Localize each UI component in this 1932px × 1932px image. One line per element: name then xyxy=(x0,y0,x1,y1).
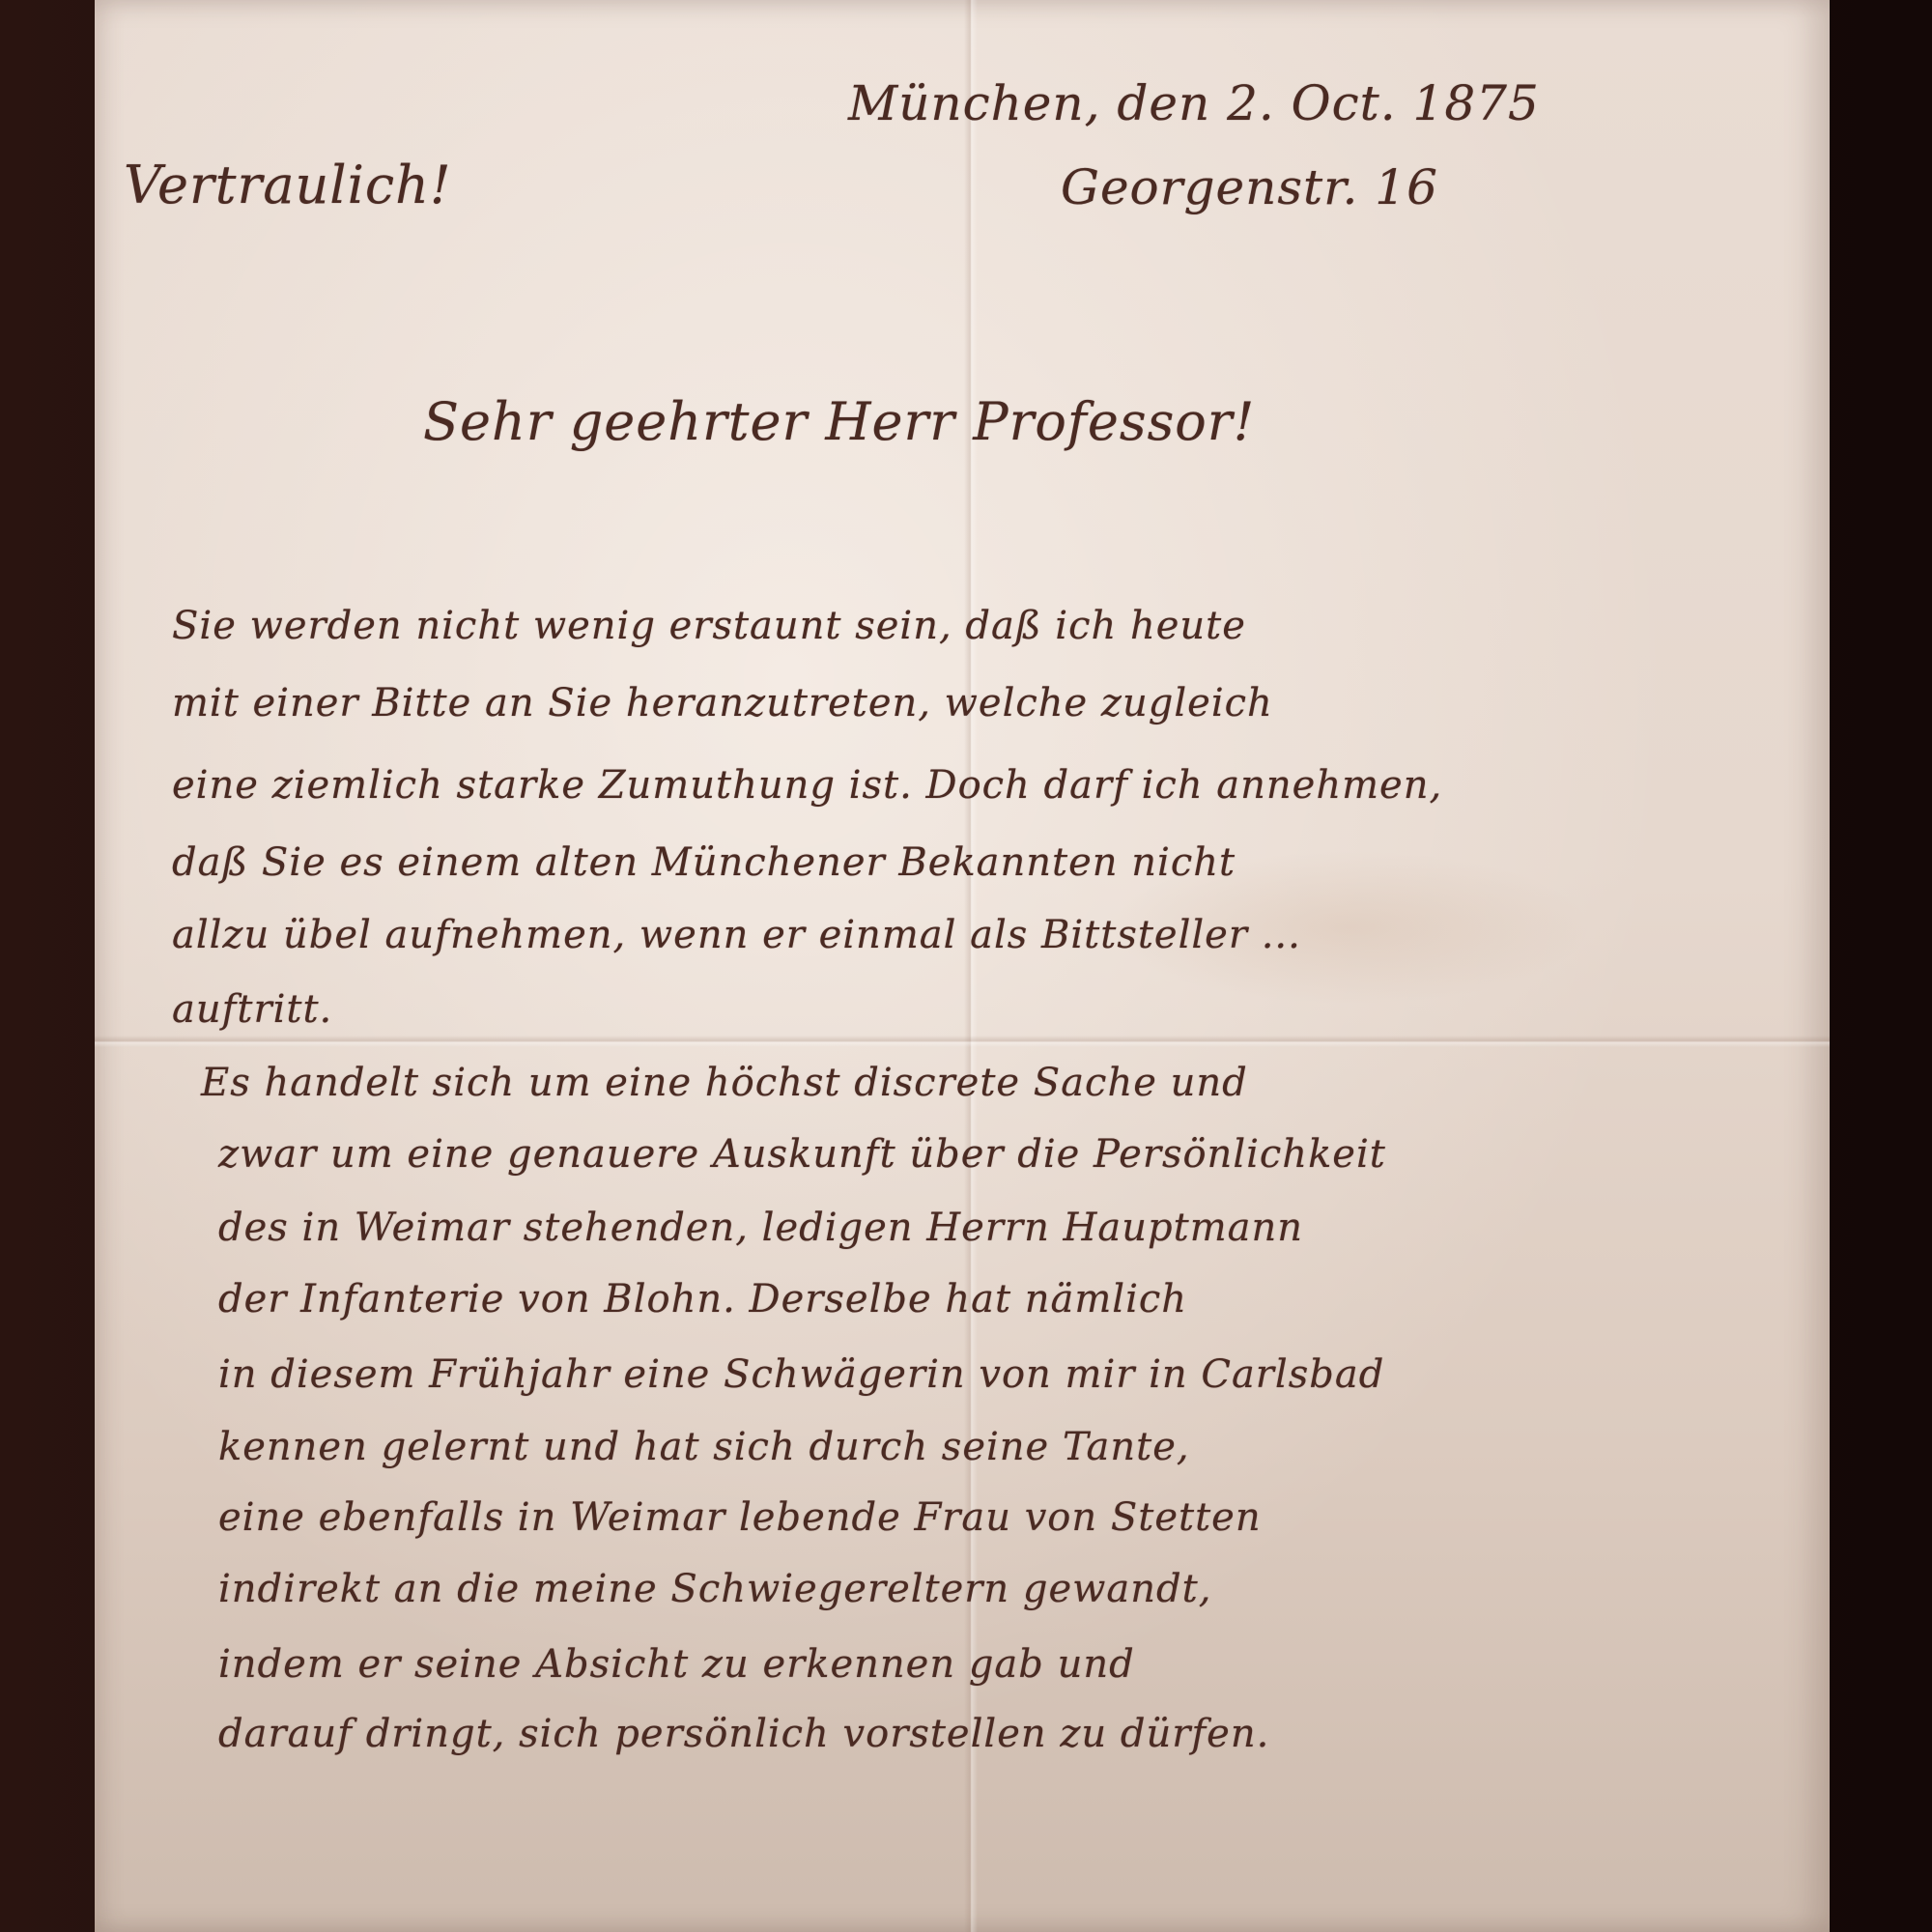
photo-scene: München, den 2. Oct. 1875 Georgenstr. 16… xyxy=(0,0,1932,1932)
body-line: in diesem Frühjahr eine Schwägerin von m… xyxy=(218,1352,1384,1397)
body-line: allzu übel aufnehmen, wenn er einmal als… xyxy=(172,913,1301,957)
body-line: kennen gelernt und hat sich durch seine … xyxy=(218,1425,1190,1469)
body-line: darauf dringt, sich persönlich vorstelle… xyxy=(218,1712,1269,1756)
body-line: Es handelt sich um eine höchst discrete … xyxy=(201,1061,1248,1105)
salutation: Sehr geehrter Herr Professor! xyxy=(423,391,1255,452)
horizontal-fold-line xyxy=(95,1036,1830,1047)
body-line: Sie werden nicht wenig erstaunt sein, da… xyxy=(172,604,1246,648)
sender-address: Georgenstr. 16 xyxy=(1061,159,1438,215)
body-line: der Infanterie von Blohn. Derselbe hat n… xyxy=(218,1277,1187,1321)
confidential-marking: Vertraulich! xyxy=(124,155,452,215)
body-line: zwar um eine genauere Auskunft über die … xyxy=(218,1132,1386,1177)
body-line: eine ebenfalls in Weimar lebende Frau vo… xyxy=(218,1495,1262,1540)
body-line: auftritt. xyxy=(172,987,332,1032)
letter-paper: München, den 2. Oct. 1875 Georgenstr. 16… xyxy=(95,0,1830,1932)
body-line: eine ziemlich starke Zumuthung ist. Doch… xyxy=(172,763,1442,808)
body-line: indirekt an die meine Schwiegereltern ge… xyxy=(218,1567,1211,1611)
body-line: des in Weimar stehenden, ledigen Herrn H… xyxy=(218,1206,1303,1250)
body-line: mit einer Bitte an Sie heranzutreten, we… xyxy=(172,681,1273,725)
body-line: indem er seine Absicht zu erkennen gab u… xyxy=(218,1642,1135,1687)
place-date: München, den 2. Oct. 1875 xyxy=(848,75,1540,131)
body-line: daß Sie es einem alten Münchener Bekannt… xyxy=(172,840,1236,885)
